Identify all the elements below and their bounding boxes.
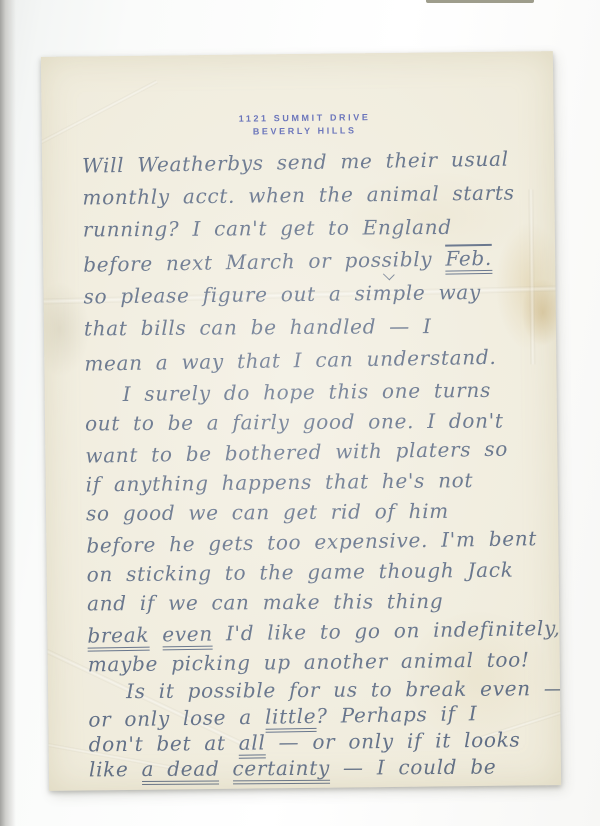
inserted-word: simple [354,281,425,306]
handwritten-text: before he gets too expensive. I'm bent [86,526,537,557]
scanned-letter-page: { "letterhead": { "address_line": "1121 … [0,0,600,826]
handwritten-text: so please figure out a [83,281,354,308]
handwritten-text: mean a way that I can understand. [84,345,496,376]
scanner-background: 1121 SUMMIT DRIVE BEVERLY HILLS Will Wea… [0,0,600,826]
letter-line: that bills can be handled — I [84,309,546,345]
letterhead: 1121 SUMMIT DRIVE BEVERLY HILLS [42,109,554,141]
underlined-text: a dead [141,757,219,786]
letter-line: monthly acct. when the animal starts [82,176,544,214]
handwritten-text: way [425,280,481,305]
handwritten-text [149,622,162,646]
handwritten-text: out to be a fairly good one. I don't [85,409,504,436]
letter-body: Will Weatherbys send me their usualmonth… [82,143,551,783]
handwritten-text [219,756,232,780]
letter-line: running? I can't get to England [83,210,545,246]
handwritten-text: don't bet at [89,731,239,757]
handwritten-text: I'd like to go on indefinitely, [213,616,561,646]
handwritten-text: maybe picking up another animal too! [88,647,530,676]
handwritten-text: want to be bothered with platers so [85,437,508,468]
handwritten-text: I surely do hope this one turns [123,378,492,406]
underlined-text: certainty [232,756,330,785]
scan-edge-shadow [0,0,16,826]
handwritten-text: on sticking to the game though Jack [87,558,514,587]
underlined-text: Feb. [445,246,492,275]
underlined-text: break [87,623,149,652]
scan-artifact-top [426,0,534,3]
letter-line: so please figure out a simple way [83,275,545,313]
letter-paper: 1121 SUMMIT DRIVE BEVERLY HILLS Will Wea… [41,51,561,791]
handwritten-text: monthly acct. when the animal starts [82,181,515,210]
handwritten-text: so good we can get rid of him [86,499,449,526]
handwritten-text: that bills can be handled — I [84,314,432,340]
handwritten-text: and if we can make this thing [87,589,443,615]
underlined-text: even [162,622,213,651]
handwritten-text: if anything happens that he's not [86,468,474,496]
handwritten-text: — I could be [330,755,497,780]
handwritten-text: or only lose a [88,705,265,732]
handwritten-text: like [89,757,142,781]
handwritten-text: ? Perhaps if I [316,701,478,728]
underlined-text: little [265,704,317,733]
letter-line: like a dead certainty — I could be [89,753,551,782]
handwritten-text: running? I can't get to England [83,215,452,242]
handwritten-text: Will Weatherbys send me their usual [82,147,509,178]
